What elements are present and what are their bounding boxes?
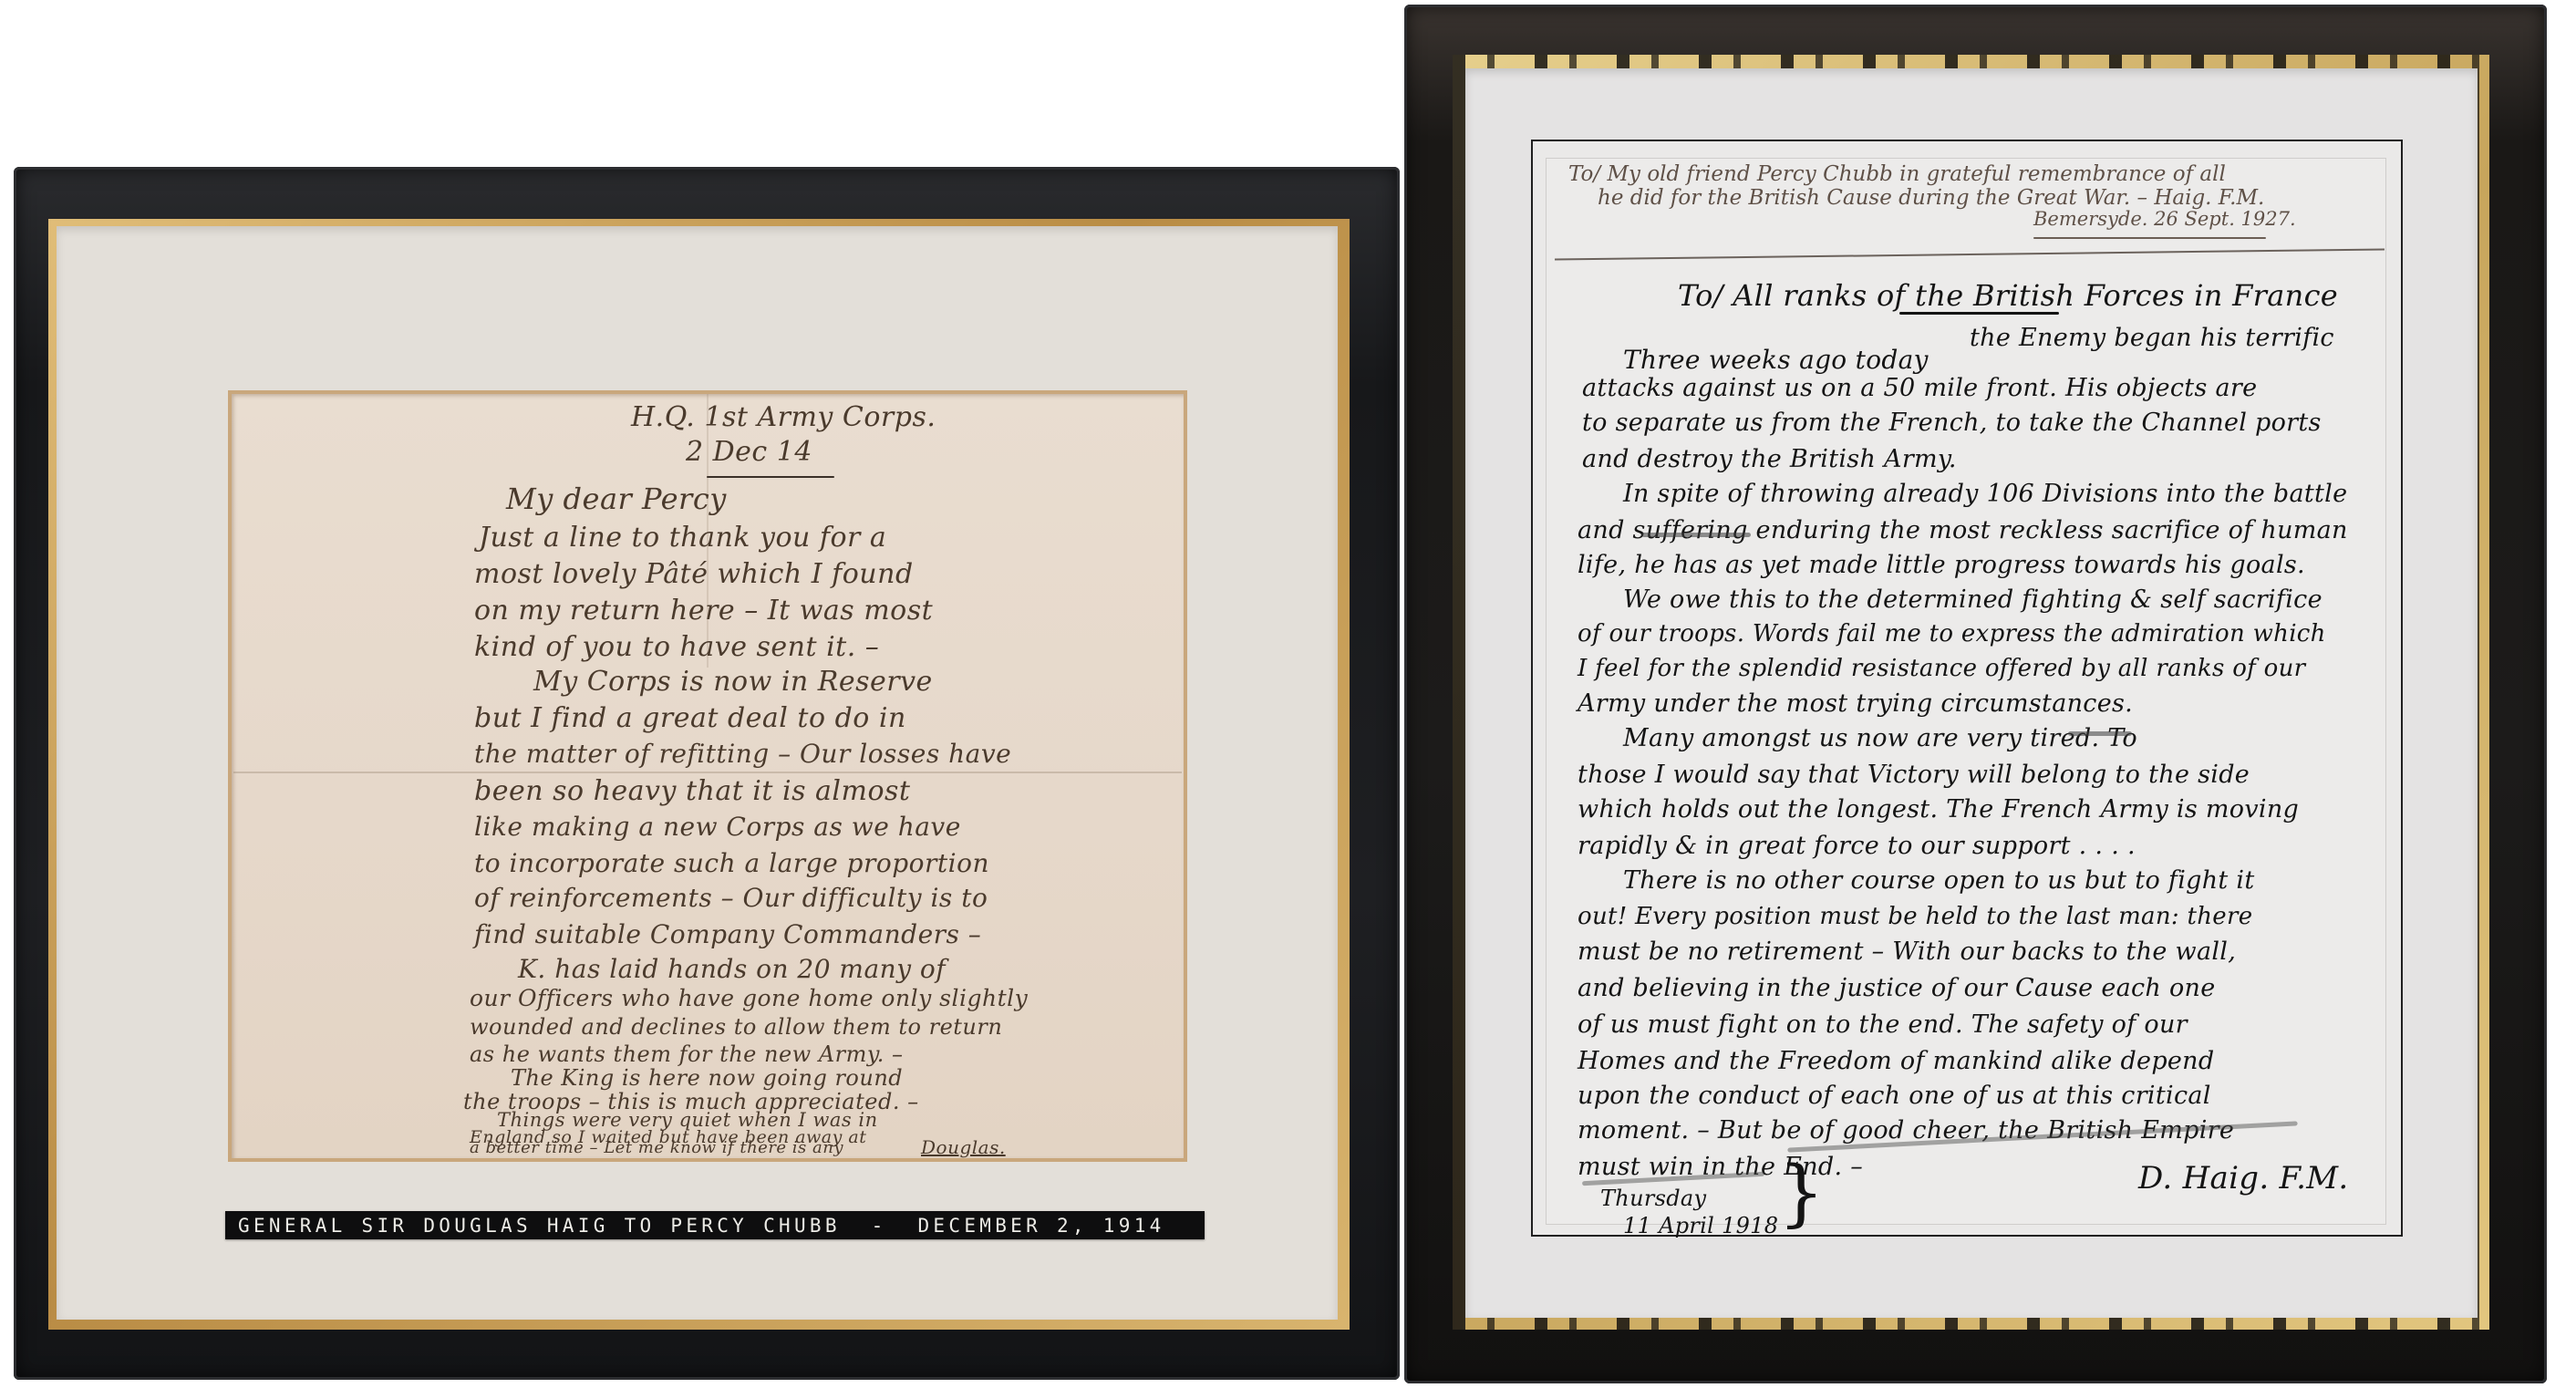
letter-line: those I would say that Victory will belo… [1578,761,2250,789]
dedication-place-date: Bemersyde. 26 Sept. 1927. [2033,208,2296,230]
closing-day: Thursday [1600,1186,1706,1211]
letter-line: I feel for the splendid resistance offer… [1578,655,2305,682]
letter-line: The King is here now going round [511,1065,903,1091]
letter-line: find suitable Company Commanders – [474,919,981,949]
letter-line: and destroy the British Army. [1582,445,1957,473]
letter-line: to separate us from the French, to take … [1582,409,2322,437]
dedication-line-2: he did for the British Cause during the … [1598,186,2264,210]
letter-line: must be no retirement – With our backs t… [1578,937,2236,966]
letter-line: Just a line to thank you for a [479,522,886,554]
letter-line: Many amongst us now are very tired. To [1623,724,2137,752]
letter-line: upon the conduct of each one of us at th… [1578,1082,2211,1110]
letter-line: on my return here – It was most [474,595,933,627]
caption-label-plate: GENERAL SIR DOUGLAS HAIG TO PERCY CHUBB … [225,1211,1205,1239]
letter-line: of us must fight on to the end. The safe… [1578,1010,2188,1039]
dedication-line-1: To/ My old friend Percy Chubb in gratefu… [1568,162,2226,186]
letter-line: the matter of refitting – Our losses hav… [474,739,1011,769]
closing-brace: } [1778,1156,1825,1229]
letter-line: Homes and the Freedom of mankind alike d… [1578,1047,2214,1075]
letter-line: There is no other course open to us but … [1623,866,2255,895]
letter-line: like making a new Corps as we have [474,812,961,842]
letter-line: to incorporate such a large proportion [474,848,989,878]
letter-line: wounded and declines to allow them to re… [470,1014,1002,1040]
dedication-underline [2033,237,2266,239]
letter-salutation: My dear Percy [506,482,727,516]
letter-line: attacks against us on a 50 mile front. H… [1582,374,2257,402]
date-underline [707,476,834,478]
letter-line: We owe this to the determined fighting &… [1623,585,2323,614]
letter-line: life, he has as yet made little progress… [1578,551,2305,579]
strikethrough [1641,533,1751,537]
letter-line: In spite of throwing already 106 Divisio… [1623,480,2347,508]
letter-line: the Enemy began his terrific [1970,324,2334,352]
letter-line: and believing in the justice of our Caus… [1578,974,2216,1002]
letter-line: of reinforcements – Our difficulty is to [474,883,988,913]
letter-line: out! Every position must be held to the … [1578,903,2252,930]
paper-fold-horizontal [233,772,1182,773]
letter-line: a better time – Let me know if there is … [470,1138,843,1157]
letter-line: My Corps is now in Reserve [533,666,933,698]
letter-date: 2 Dec 14 [686,436,812,468]
letter-title: To/ All ranks of the British Forces in F… [1678,278,2338,313]
letter-line: Army under the most trying circumstances… [1578,689,2133,718]
letter-line: which holds out the longest. The French … [1578,795,2299,823]
letter-line: Three weeks ago today [1623,345,1929,375]
letter-signature: Douglas. [921,1136,1006,1158]
letter-line: of our troops. Words fail me to express … [1578,620,2326,647]
letter-line: been so heavy that it is almost [474,775,910,807]
closing-date: 11 April 1918 [1623,1213,1778,1238]
letter-line: our Officers who have gone home only sli… [470,985,1028,1011]
letter-line: but I find a great deal to do in [474,702,906,734]
letter-line: kind of you to have sent it. – [474,631,879,663]
letter-line: as he wants them for the new Army. – [470,1041,904,1067]
letter-line: most lovely Pâté which I found [474,558,914,590]
letter-line: and suffering enduring the most reckless… [1578,516,2348,544]
letter-header: H.Q. 1st Army Corps. [631,401,936,433]
strikethrough [2068,731,2132,736]
letter-signature: D. Haig. F.M. [2138,1160,2348,1196]
letter-line: K. has laid hands on 20 many of [518,954,946,984]
title-rule [1899,312,2059,315]
letter-line: rapidly & in great force to our support … [1578,832,2136,860]
